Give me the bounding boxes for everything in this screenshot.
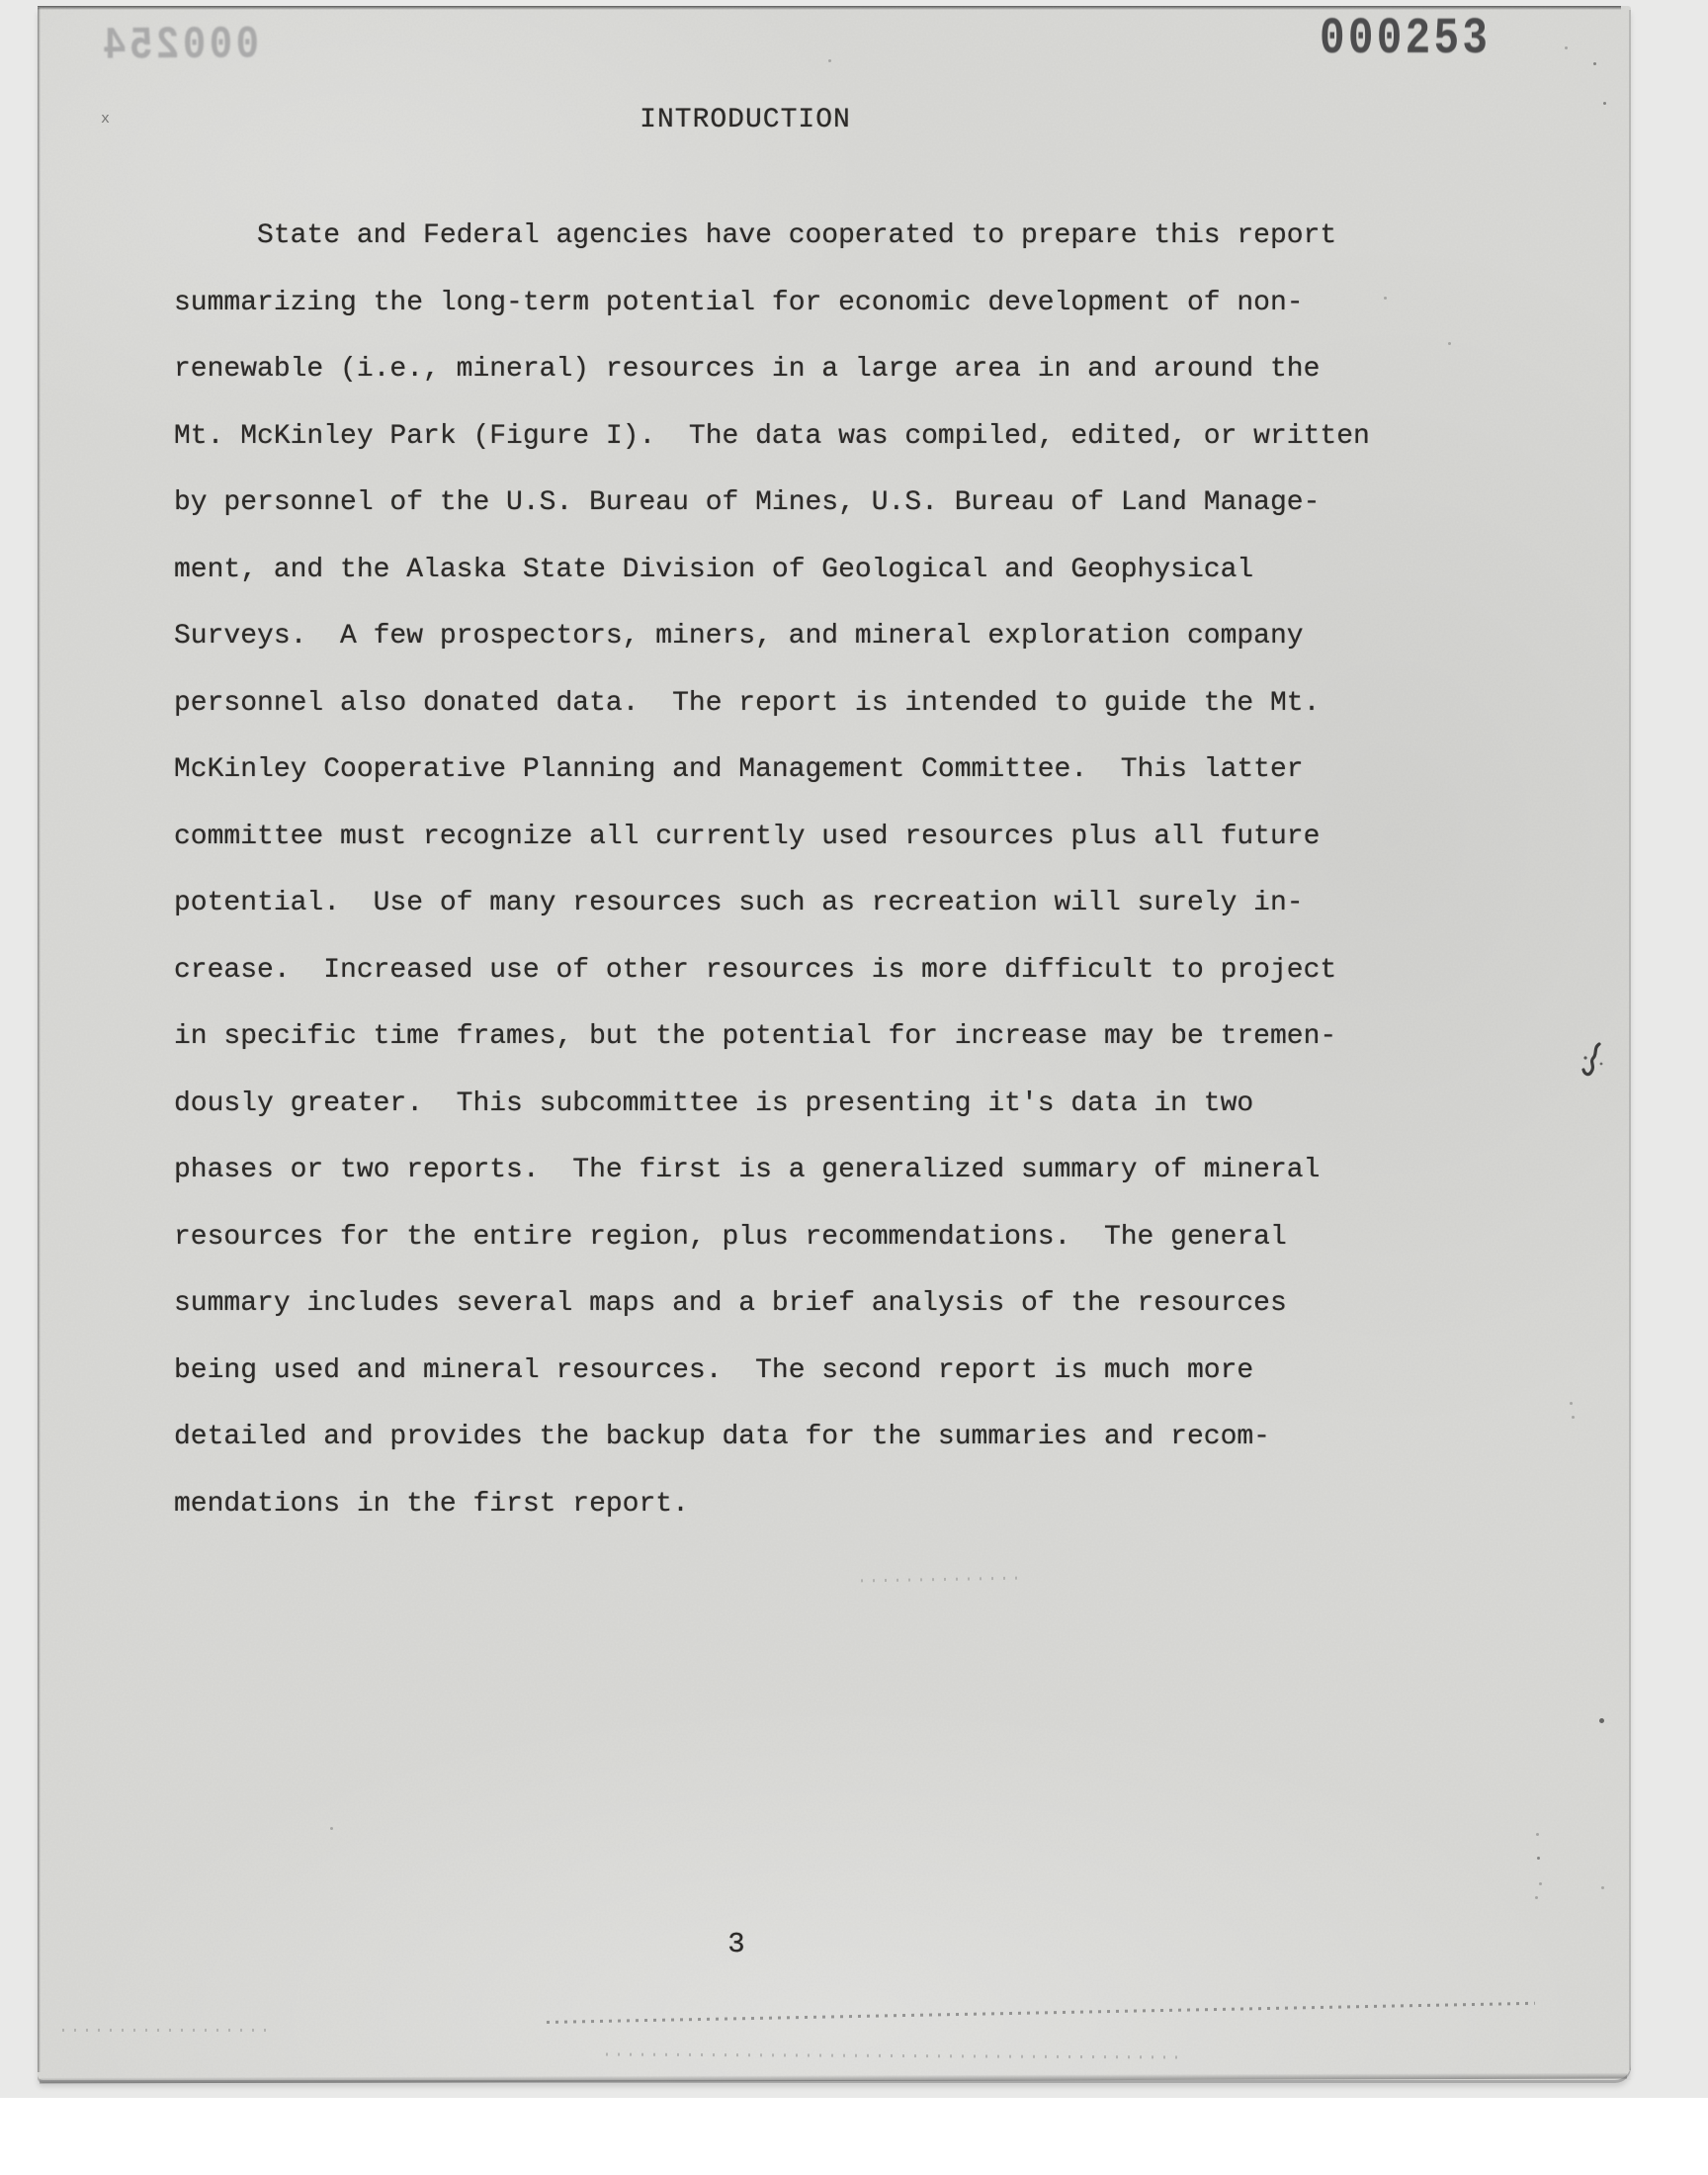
scan-artifact-xmark: x [101, 111, 110, 128]
scan-speck [1384, 297, 1387, 300]
scan-artifact-dash [606, 2052, 1179, 2058]
body-line: mendations in the first report. [174, 1471, 1370, 1538]
scan-speck [1593, 62, 1596, 65]
scan-speck [330, 1827, 333, 1830]
scan-speck [1448, 342, 1451, 345]
page-number: 3 [38, 1928, 1435, 1960]
scan-speck [1570, 1402, 1573, 1405]
body-line: crease. Increased use of other resources… [174, 937, 1370, 1004]
scanned-document-page: 000254 000253 INTRODUCTION State and Fed… [0, 0, 1708, 2175]
ink-blot [1580, 1040, 1605, 1084]
body-line: ment, and the Alaska State Division of G… [174, 537, 1370, 604]
scan-speck [607, 239, 610, 242]
body-line: renewable (i.e., mineral) resources in a… [174, 336, 1370, 403]
body-line: Mt. McKinley Park (Figure I). The data w… [174, 403, 1370, 471]
scan-speck [1536, 1833, 1539, 1836]
body-line: potential. Use of many resources such as… [174, 870, 1370, 937]
scan-artifact-dash [547, 2002, 1535, 2024]
scan-speck [1537, 1857, 1540, 1860]
body-line: phases or two reports. The first is a ge… [174, 1137, 1370, 1204]
scan-speck [1535, 1896, 1538, 1899]
body-line: committee must recognize all currently u… [174, 804, 1370, 871]
scan-speck [1601, 1886, 1604, 1889]
body-line: State and Federal agencies have cooperat… [174, 203, 1370, 270]
scan-speck [1603, 102, 1606, 105]
paper-left-edge [38, 8, 41, 2072]
body-line: summary includes several maps and a brie… [174, 1270, 1370, 1338]
scan-speck [1539, 1882, 1542, 1885]
body-line: in specific time frames, but the potenti… [174, 1003, 1370, 1071]
scan-speck [1565, 46, 1568, 49]
scan-speck [828, 59, 831, 62]
document-body: State and Federal agencies have cooperat… [174, 203, 1370, 1537]
page-stamp-number: 000253 [1320, 10, 1491, 68]
scan-speck [1599, 1718, 1604, 1723]
scan-artifact-dash [861, 1577, 1019, 1583]
body-line: personnel also donated data. The report … [174, 670, 1370, 738]
bleedthrough-stamp-number: 000254 [112, 19, 259, 71]
body-line: detailed and provides the backup data fo… [174, 1404, 1370, 1471]
scan-artifact-dash [62, 2029, 275, 2032]
body-line: Surveys. A few prospectors, miners, and … [174, 603, 1370, 670]
body-line: being used and mineral resources. The se… [174, 1338, 1370, 1405]
document-title: INTRODUCTION [174, 105, 1317, 135]
body-line: by personnel of the U.S. Bureau of Mines… [174, 470, 1370, 537]
paper-right-edge [1629, 10, 1631, 2070]
paper-sheet: 000254 000253 INTRODUCTION State and Fed… [38, 6, 1631, 2080]
body-line: resources for the entire region, plus re… [174, 1204, 1370, 1271]
scan-speck [1572, 1416, 1575, 1419]
body-line: McKinley Cooperative Planning and Manage… [174, 737, 1370, 804]
body-line: summarizing the long-term potential for … [174, 270, 1370, 337]
body-line: dously greater. This subcommittee is pre… [174, 1071, 1370, 1138]
